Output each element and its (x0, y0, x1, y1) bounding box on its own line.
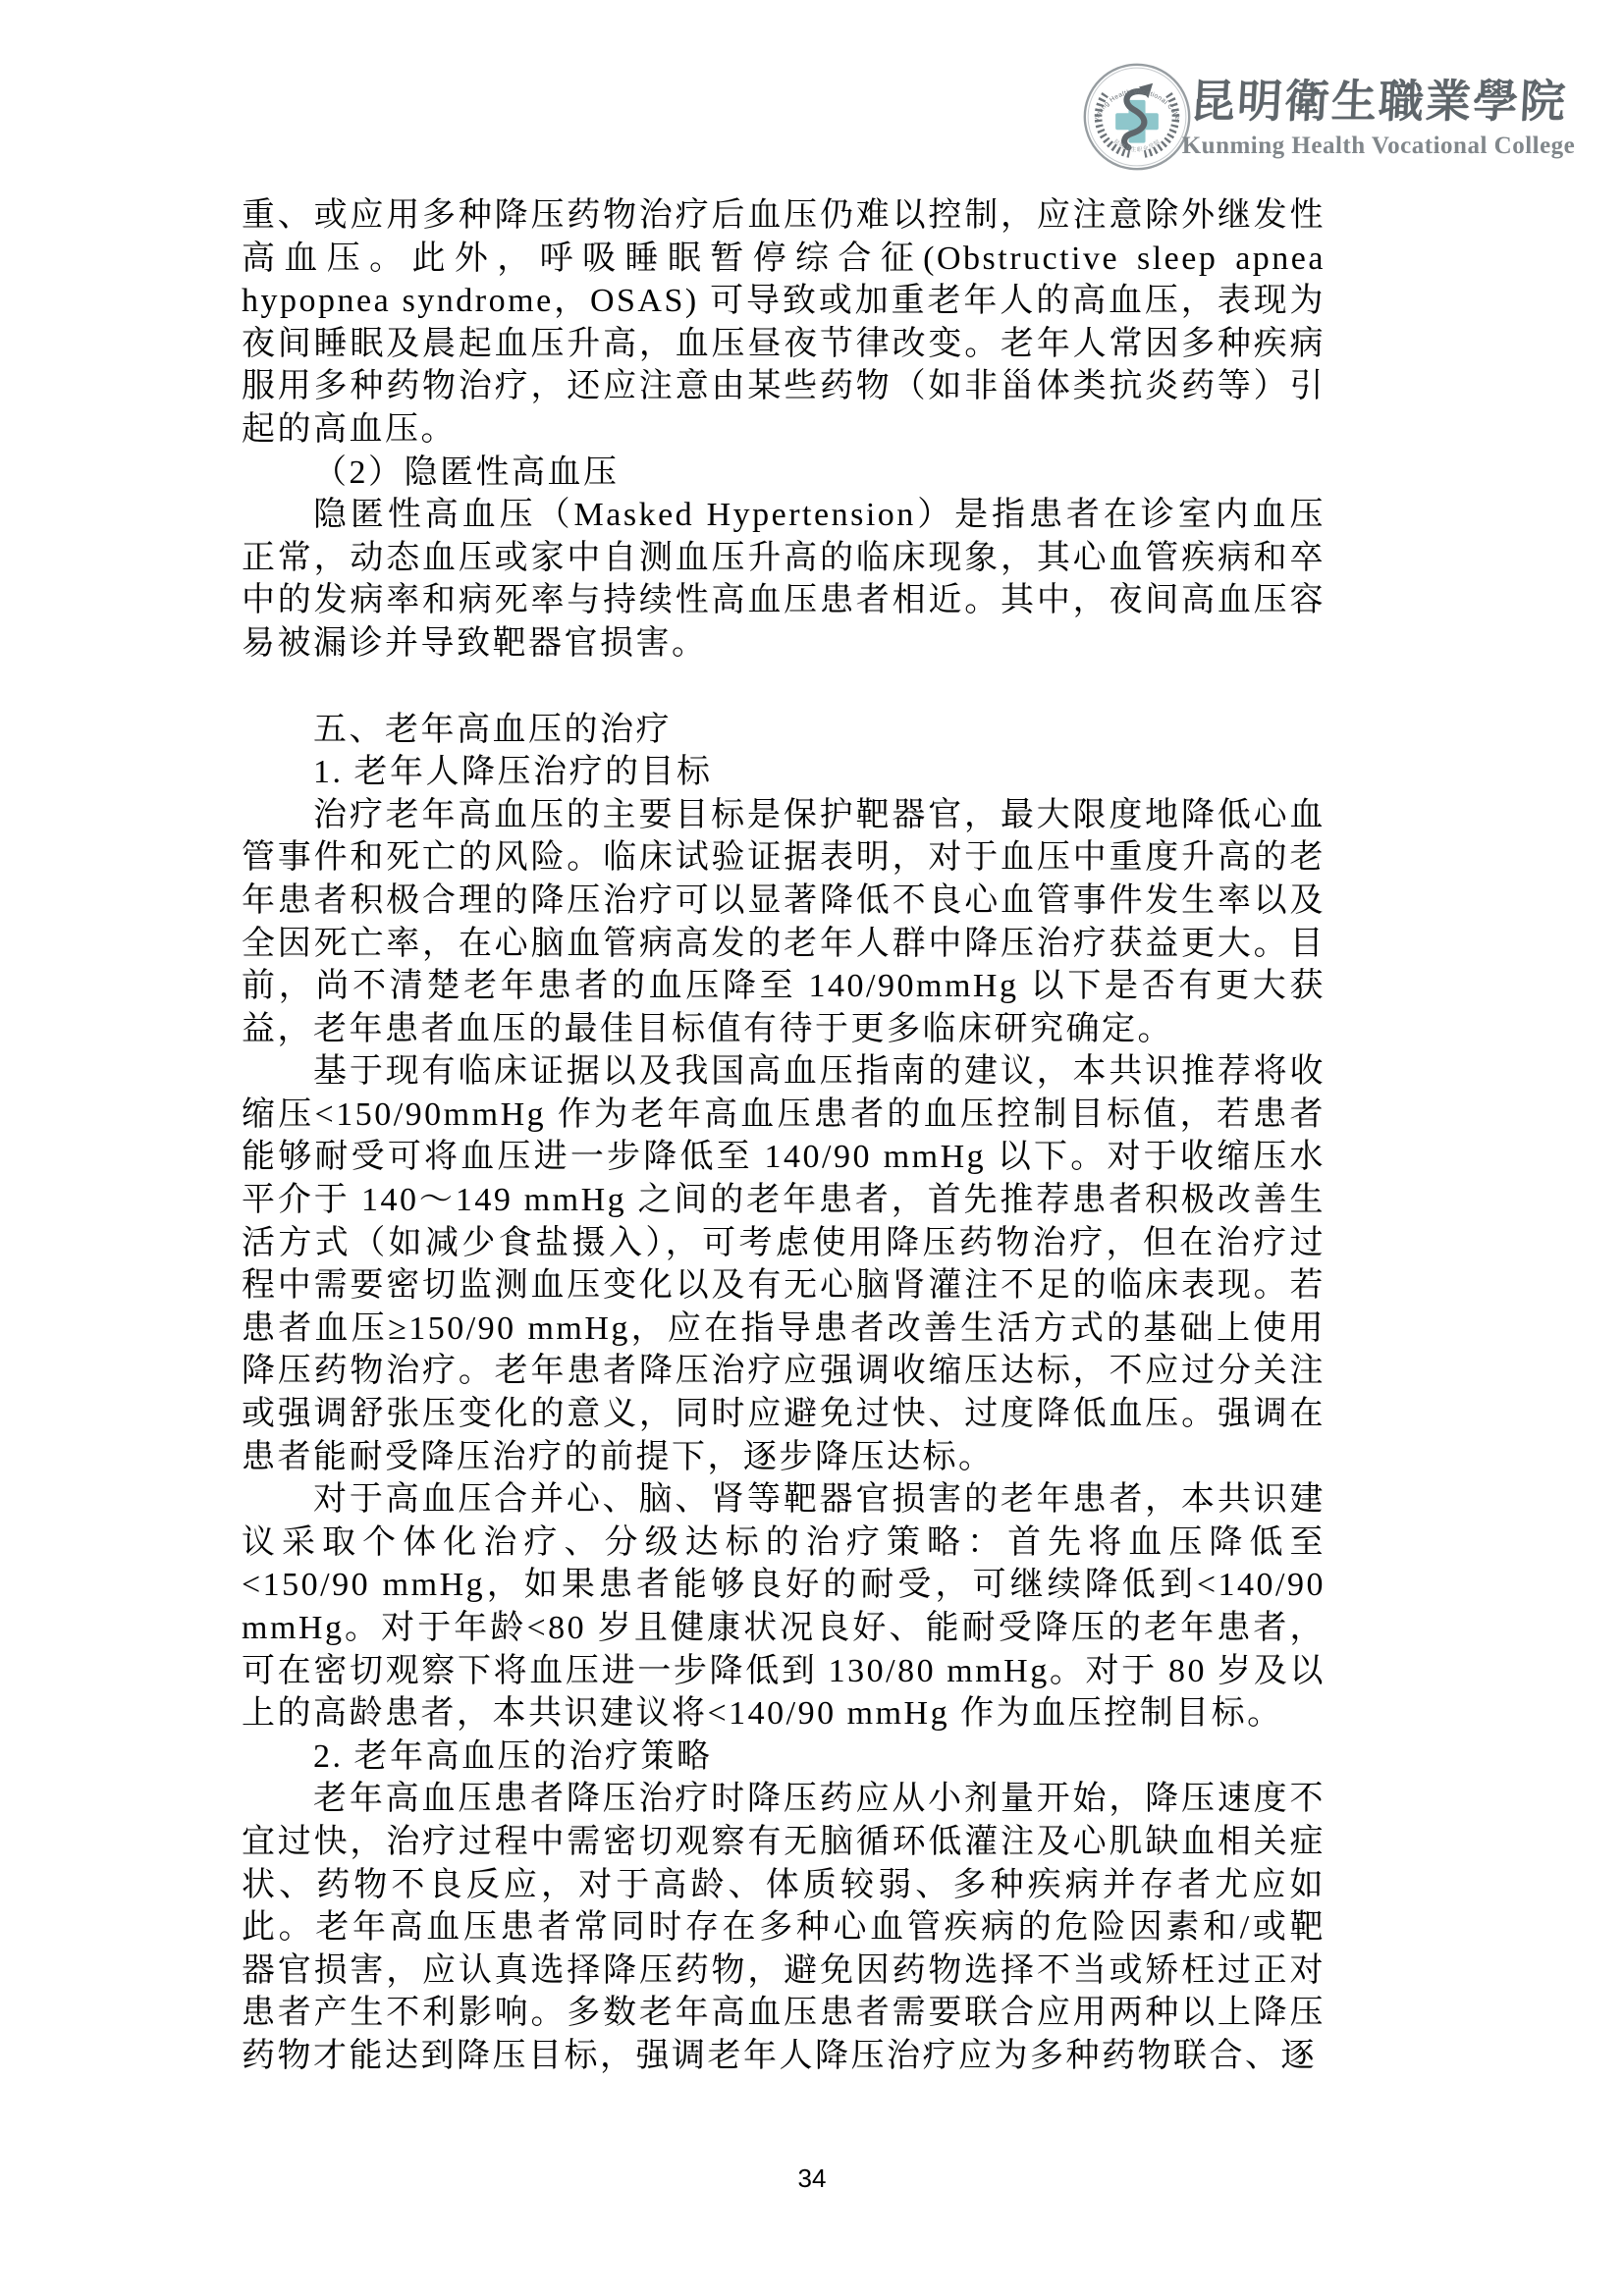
blank-line (242, 666, 1326, 709)
paragraph-secondary-hypertension-continuation: 重、或应用多种降压药物治疗后血压仍难以控制，应注意除外继发性高血压。此外，呼吸睡… (242, 194, 1326, 452)
college-name-english: Kunming Health Vocational College (1182, 133, 1576, 159)
heading-treatment-goal: 1. 老年人降压治疗的目标 (242, 751, 1326, 794)
paragraph-treatment-goal-evidence: 治疗老年高血压的主要目标是保护靶器官，最大限度地降低心血管事件和死亡的风险。临床… (242, 794, 1326, 1051)
paragraph-bp-target-recommendation: 基于现有临床证据以及我国高血压指南的建议，本共识推荐将收缩压<150/90mmH… (242, 1050, 1326, 1478)
college-name-block: 昆明衛生職業學院 Kunming Health Vocational Colle… (1186, 77, 1571, 159)
college-seal-logo: Kunming Health Vocational College 昆明卫生职业… (1081, 61, 1193, 173)
paragraph-individualized-targets: 对于高血压合并心、脑、肾等靶器官损害的老年患者，本共识建议采取个体化治疗、分级达… (242, 1478, 1326, 1735)
page-number: 34 (0, 2163, 1624, 2194)
college-seal-icon: Kunming Health Vocational College 昆明卫生职业… (1081, 61, 1193, 173)
page-header: Kunming Health Vocational College 昆明卫生职业… (0, 0, 1624, 177)
college-name-chinese: 昆明衛生職業學院 (1189, 77, 1569, 128)
heading-section-five-treatment: 五、老年高血压的治疗 (242, 709, 1326, 752)
heading-masked-hypertension: （2）隐匿性高血压 (242, 452, 1326, 495)
paragraph-treatment-strategy: 老年高血压患者降压治疗时降压药应从小剂量开始，降压速度不宜过快，治疗过程中需密切… (242, 1778, 1326, 2077)
document-page: Kunming Health Vocational College 昆明卫生职业… (0, 0, 1624, 2296)
paragraph-masked-hypertension: 隐匿性高血压（Masked Hypertension）是指患者在诊室内血压正常，… (242, 494, 1326, 665)
document-body: 重、或应用多种降压药物治疗后血压仍难以控制，应注意除外继发性高血压。此外，呼吸睡… (242, 194, 1326, 2078)
heading-treatment-strategy: 2. 老年高血压的治疗策略 (242, 1735, 1326, 1779)
